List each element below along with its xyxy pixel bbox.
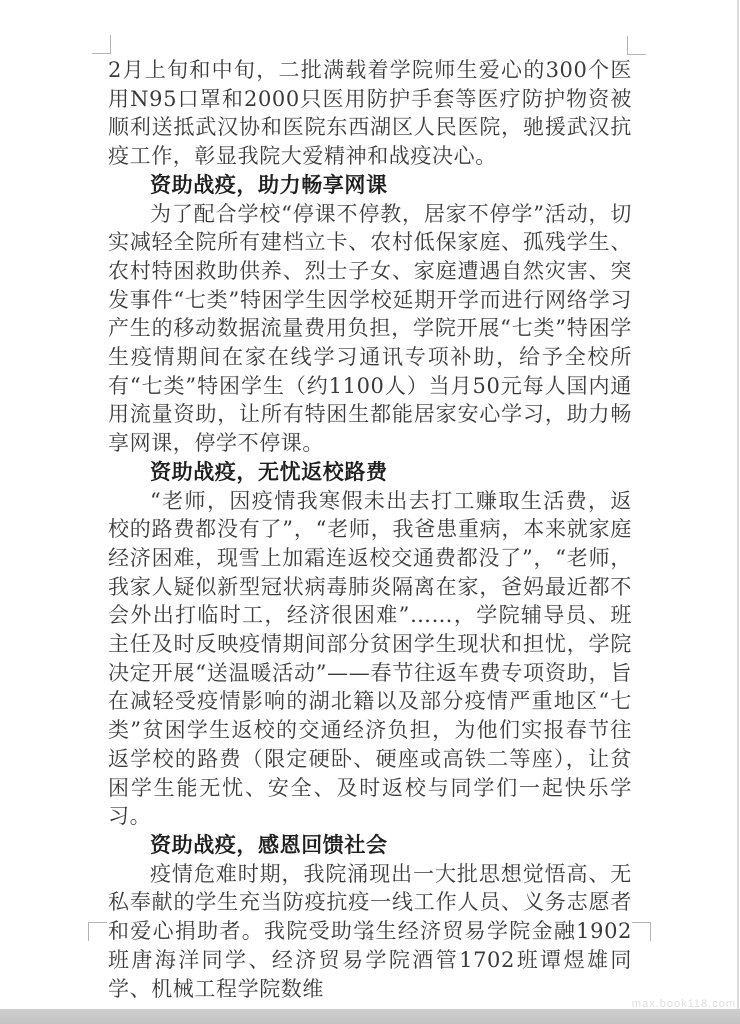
crop-mark-bottom-right-icon — [632, 922, 651, 941]
document-page: 2月上旬和中旬，二批满载着学院师生爱心的300个医用N95口罩和2000只医用防… — [0, 0, 740, 1024]
crop-mark-top-left-icon — [92, 35, 111, 54]
section-heading: 资助战疫，感恩回馈社会 — [108, 831, 632, 860]
document-text: 2月上旬和中旬，二批满载着学院师生爱心的300个医用N95口罩和2000只医用防… — [108, 56, 632, 1003]
watermark: max.book118.com — [632, 998, 736, 1010]
paragraph: 2月上旬和中旬，二批满载着学院师生爱心的300个医用N95口罩和2000只医用防… — [108, 56, 632, 171]
page-edge-line — [737, 0, 739, 1009]
section-heading: 资助战疫，助力畅享网课 — [108, 171, 632, 200]
viewer-bottom-bar — [0, 1009, 740, 1024]
paragraph: “老师，因疫情我寒假未出去打工赚取生活费，返校的路费都没有了”，“老师，我爸患重… — [108, 487, 632, 831]
page-number: 4 — [108, 929, 632, 944]
paragraph: 为了配合学校“停课不停教，居家不停学”活动，切实减轻全院所有建档立卡、农村低保家… — [108, 200, 632, 458]
section-heading: 资助战疫，无忧返校路费 — [108, 458, 632, 487]
crop-mark-bottom-left-icon — [88, 922, 107, 941]
crop-mark-top-right-icon — [627, 36, 646, 55]
